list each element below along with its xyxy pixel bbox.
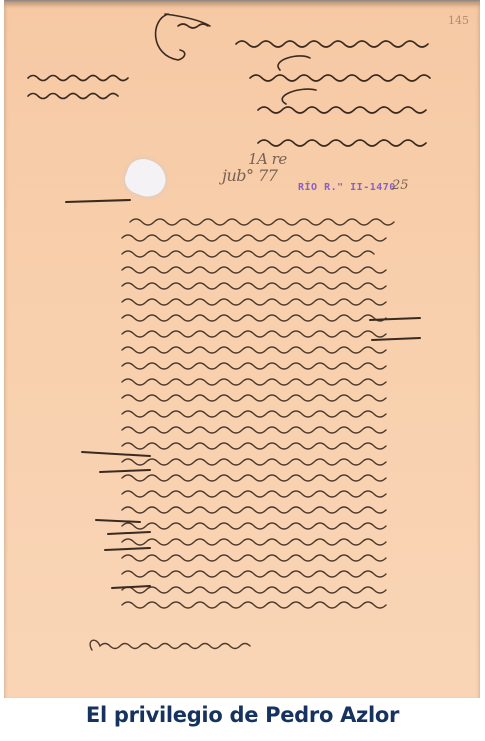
- pencil-mark-2: jub° 77: [222, 166, 277, 185]
- archive-stamp: RÍO R." II-1470: [298, 182, 396, 193]
- handwriting-strokes: [0, 0, 485, 700]
- stamp-number: 25: [392, 178, 409, 193]
- folio-number: 145: [448, 14, 469, 27]
- caption: El privilegio de Pedro Azlor: [0, 703, 485, 727]
